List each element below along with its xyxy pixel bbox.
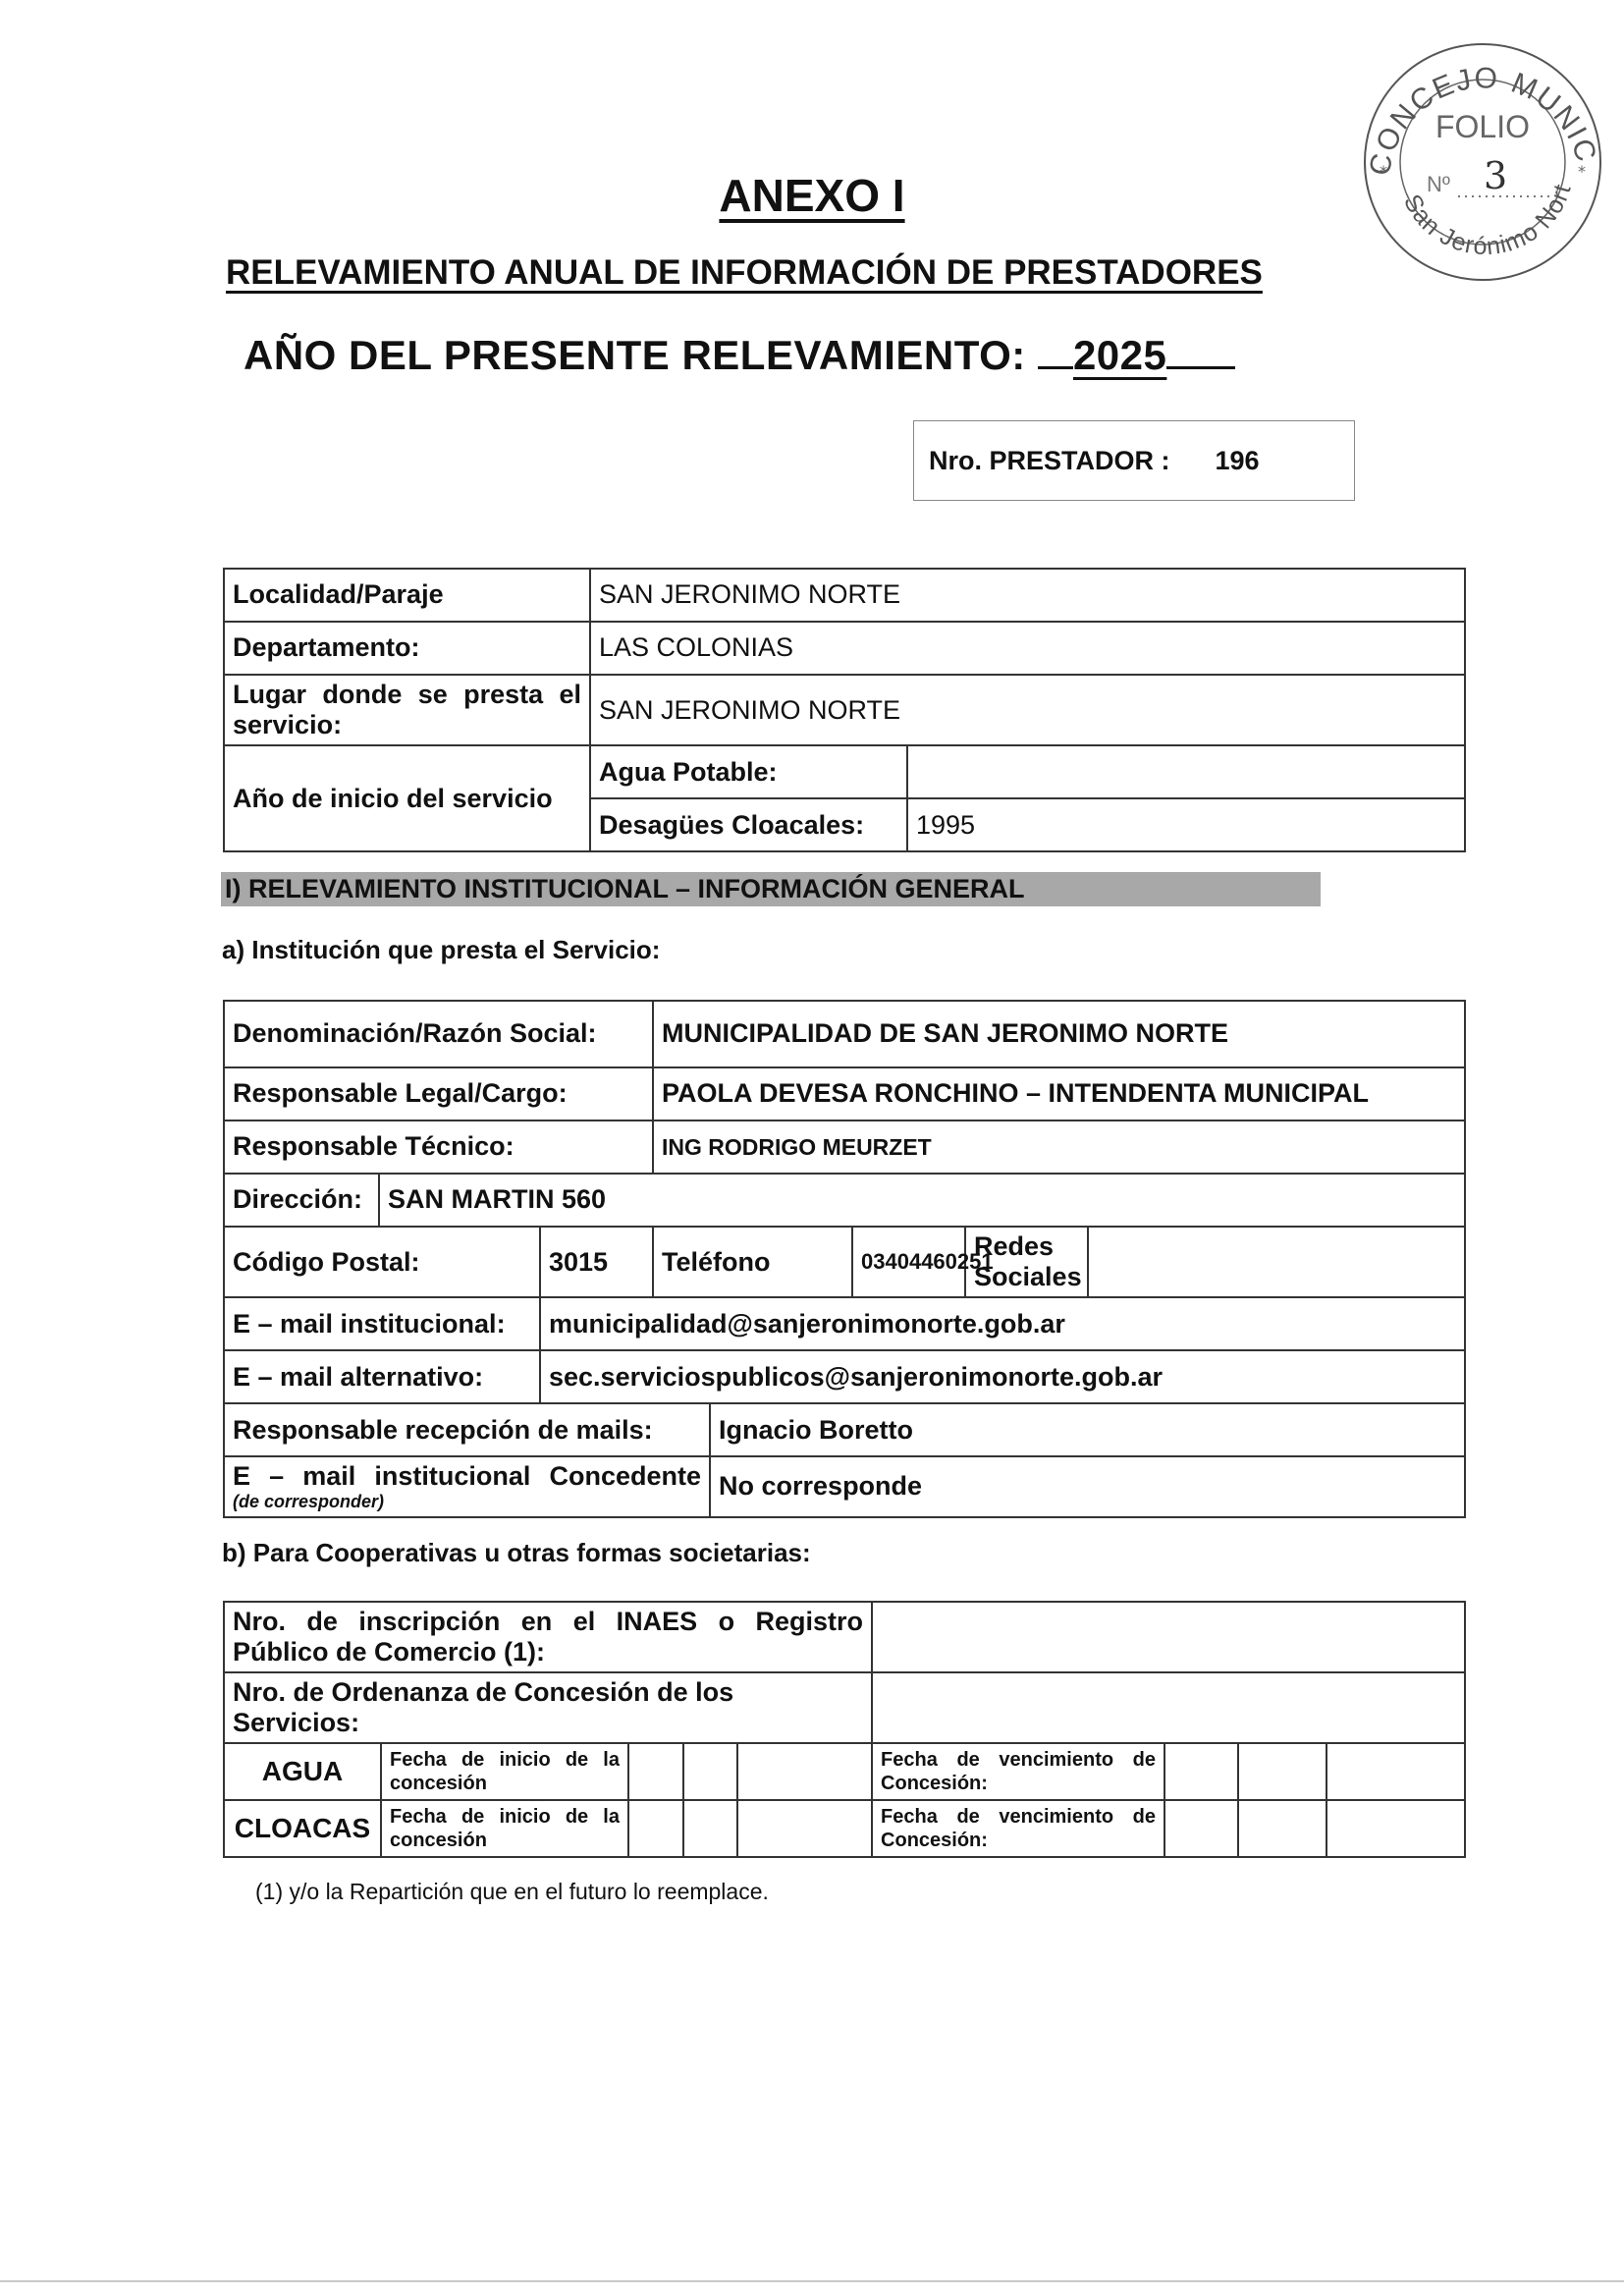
document-subtitle: RELEVAMIENTO ANUAL DE INFORMACIÓN DE PRE… <box>226 253 1263 293</box>
table-row: Código Postal: 3015 Teléfono 03404460251… <box>224 1227 1465 1297</box>
cloacas-vencimiento-month[interactable] <box>1238 1800 1326 1857</box>
footnote: (1) y/o la Repartición que en el futuro … <box>255 1879 769 1905</box>
agua-vencimiento-day[interactable] <box>1164 1743 1238 1800</box>
table-row: Departamento: LAS COLONIAS <box>224 622 1465 675</box>
direccion-label: Dirección: <box>224 1174 379 1227</box>
resp-mails-value: Ignacio Boretto <box>710 1403 1465 1456</box>
inaes-label: Nro. de inscripción en el INAES o Regist… <box>224 1602 872 1672</box>
denominacion-value: MUNICIPALIDAD DE SAN JERONIMO NORTE <box>653 1001 1465 1067</box>
prestador-number-box: Nro. PRESTADOR : 196 <box>913 420 1355 501</box>
table-row: Lugar donde se presta el servicio: SAN J… <box>224 675 1465 745</box>
ordenanza-value <box>872 1672 1465 1743</box>
svg-text:*: * <box>1380 162 1387 181</box>
prestador-value: 196 <box>1216 446 1260 476</box>
table-row: Responsable Legal/Cargo: PAOLA DEVESA RO… <box>224 1067 1465 1121</box>
resp-legal-label: Responsable Legal/Cargo: <box>224 1067 653 1121</box>
cloacas-inicio-label: Fecha de inicio de la concesión <box>381 1800 628 1857</box>
cloacas-vencimiento-day[interactable] <box>1164 1800 1238 1857</box>
institution-table: Denominación/Razón Social: MUNICIPALIDAD… <box>223 1000 1466 1518</box>
resp-tecnico-value: ING RODRIGO MEURZET <box>653 1121 1465 1174</box>
email-concedente-label-text: E – mail institucional Concedente <box>233 1461 701 1492</box>
telefono-value: 03404460251 <box>852 1227 965 1297</box>
cloacas-value: 1995 <box>907 798 1465 851</box>
email-alt-value: sec.serviciospublicos@sanjeronimonorte.g… <box>540 1350 1465 1403</box>
table-row: E – mail institucional Concedente (de co… <box>224 1456 1465 1517</box>
anio-inicio-label: Año de inicio del servicio <box>224 745 590 851</box>
cp-label: Código Postal: <box>224 1227 540 1297</box>
survey-year-label: AÑO DEL PRESENTE RELEVAMIENTO: <box>244 332 1026 378</box>
redes-label: Redes Sociales <box>965 1227 1088 1297</box>
prestador-label: Nro. PRESTADOR : <box>929 446 1170 476</box>
subsection-a-title: a) Institución que presta el Servicio: <box>222 935 660 965</box>
email-concedente-note: (de corresponder) <box>233 1492 701 1512</box>
general-info-table: Localidad/Paraje SAN JERONIMO NORTE Depa… <box>223 568 1466 852</box>
survey-year-value: 2025 <box>1073 332 1166 378</box>
table-row: Año de inicio del servicio Agua Potable: <box>224 745 1465 798</box>
table-row: Nro. de inscripción en el INAES o Regist… <box>224 1602 1465 1672</box>
stamp-number-label: Nº <box>1427 172 1450 196</box>
survey-year: AÑO DEL PRESENTE RELEVAMIENTO: 2025 <box>244 332 1235 379</box>
cloacas-inicio-month[interactable] <box>683 1800 737 1857</box>
cloacas-label: Desagües Cloacales: <box>590 798 907 851</box>
service-cloacas: CLOACAS <box>224 1800 381 1857</box>
page-bottom-rule <box>0 2280 1624 2282</box>
agua-inicio-day[interactable] <box>628 1743 683 1800</box>
year-underline-right <box>1166 339 1235 369</box>
agua-inicio-label: Fecha de inicio de la concesión <box>381 1743 628 1800</box>
table-row: Denominación/Razón Social: MUNICIPALIDAD… <box>224 1001 1465 1067</box>
cloacas-inicio-day[interactable] <box>628 1800 683 1857</box>
agua-vencimiento-label: Fecha de vencimiento de Concesión: <box>872 1743 1164 1800</box>
svg-text:*: * <box>1578 162 1586 181</box>
resp-legal-value: PAOLA DEVESA RONCHINO – INTENDENTA MUNIC… <box>653 1067 1465 1121</box>
stamp-folio-label: FOLIO <box>1435 109 1530 144</box>
stamp-number-value: 3 <box>1484 154 1507 197</box>
cloacas-vencimiento-year[interactable] <box>1326 1800 1465 1857</box>
redes-value <box>1088 1227 1465 1297</box>
table-row: Responsable Técnico: ING RODRIGO MEURZET <box>224 1121 1465 1174</box>
year-underline-left <box>1038 339 1073 369</box>
table-row: E – mail institucional: municipalidad@sa… <box>224 1297 1465 1350</box>
cooperativas-table: Nro. de inscripción en el INAES o Regist… <box>223 1601 1466 1858</box>
email-concedente-label: E – mail institucional Concedente (de co… <box>224 1456 710 1517</box>
departamento-label: Departamento: <box>224 622 590 675</box>
table-row: AGUA Fecha de inicio de la concesión Fec… <box>224 1743 1465 1800</box>
cloacas-vencimiento-label: Fecha de vencimiento de Concesión: <box>872 1800 1164 1857</box>
table-row: Nro. de Ordenanza de Concesión de los Se… <box>224 1672 1465 1743</box>
cp-value: 3015 <box>540 1227 653 1297</box>
folio-stamp-icon: CONCEJO MUNICIPAL San Jerónimo Norte FOL… <box>1360 39 1605 285</box>
cloacas-inicio-year[interactable] <box>737 1800 872 1857</box>
table-row: Responsable recepción de mails: Ignacio … <box>224 1403 1465 1456</box>
inaes-value <box>872 1602 1465 1672</box>
ordenanza-label: Nro. de Ordenanza de Concesión de los Se… <box>224 1672 872 1743</box>
resp-mails-label: Responsable recepción de mails: <box>224 1403 710 1456</box>
subsection-b-title: b) Para Cooperativas u otras formas soci… <box>222 1538 811 1568</box>
agua-vencimiento-month[interactable] <box>1238 1743 1326 1800</box>
table-row: Dirección: SAN MARTIN 560 <box>224 1174 1465 1227</box>
table-row: E – mail alternativo: sec.serviciospubli… <box>224 1350 1465 1403</box>
section-heading: I) RELEVAMIENTO INSTITUCIONAL – INFORMAC… <box>221 872 1321 906</box>
direccion-value: SAN MARTIN 560 <box>379 1174 1465 1227</box>
agua-potable-value <box>907 745 1465 798</box>
agua-inicio-year[interactable] <box>737 1743 872 1800</box>
email-alt-label: E – mail alternativo: <box>224 1350 540 1403</box>
service-agua: AGUA <box>224 1743 381 1800</box>
email-inst-value: municipalidad@sanjeronimonorte.gob.ar <box>540 1297 1465 1350</box>
lugar-value: SAN JERONIMO NORTE <box>590 675 1465 745</box>
denominacion-label: Denominación/Razón Social: <box>224 1001 653 1067</box>
localidad-label: Localidad/Paraje <box>224 569 590 622</box>
email-inst-label: E – mail institucional: <box>224 1297 540 1350</box>
departamento-value: LAS COLONIAS <box>590 622 1465 675</box>
telefono-label: Teléfono <box>653 1227 852 1297</box>
table-row: Localidad/Paraje SAN JERONIMO NORTE <box>224 569 1465 622</box>
agua-inicio-month[interactable] <box>683 1743 737 1800</box>
lugar-label: Lugar donde se presta el servicio: <box>224 675 590 745</box>
resp-tecnico-label: Responsable Técnico: <box>224 1121 653 1174</box>
localidad-value: SAN JERONIMO NORTE <box>590 569 1465 622</box>
annex-title-text: ANEXO I <box>719 170 904 221</box>
email-concedente-value: No corresponde <box>710 1456 1465 1517</box>
email-inst-label-text: E – mail institucional: <box>233 1309 506 1339</box>
table-row: CLOACAS Fecha de inicio de la concesión … <box>224 1800 1465 1857</box>
agua-vencimiento-year[interactable] <box>1326 1743 1465 1800</box>
agua-potable-label: Agua Potable: <box>590 745 907 798</box>
